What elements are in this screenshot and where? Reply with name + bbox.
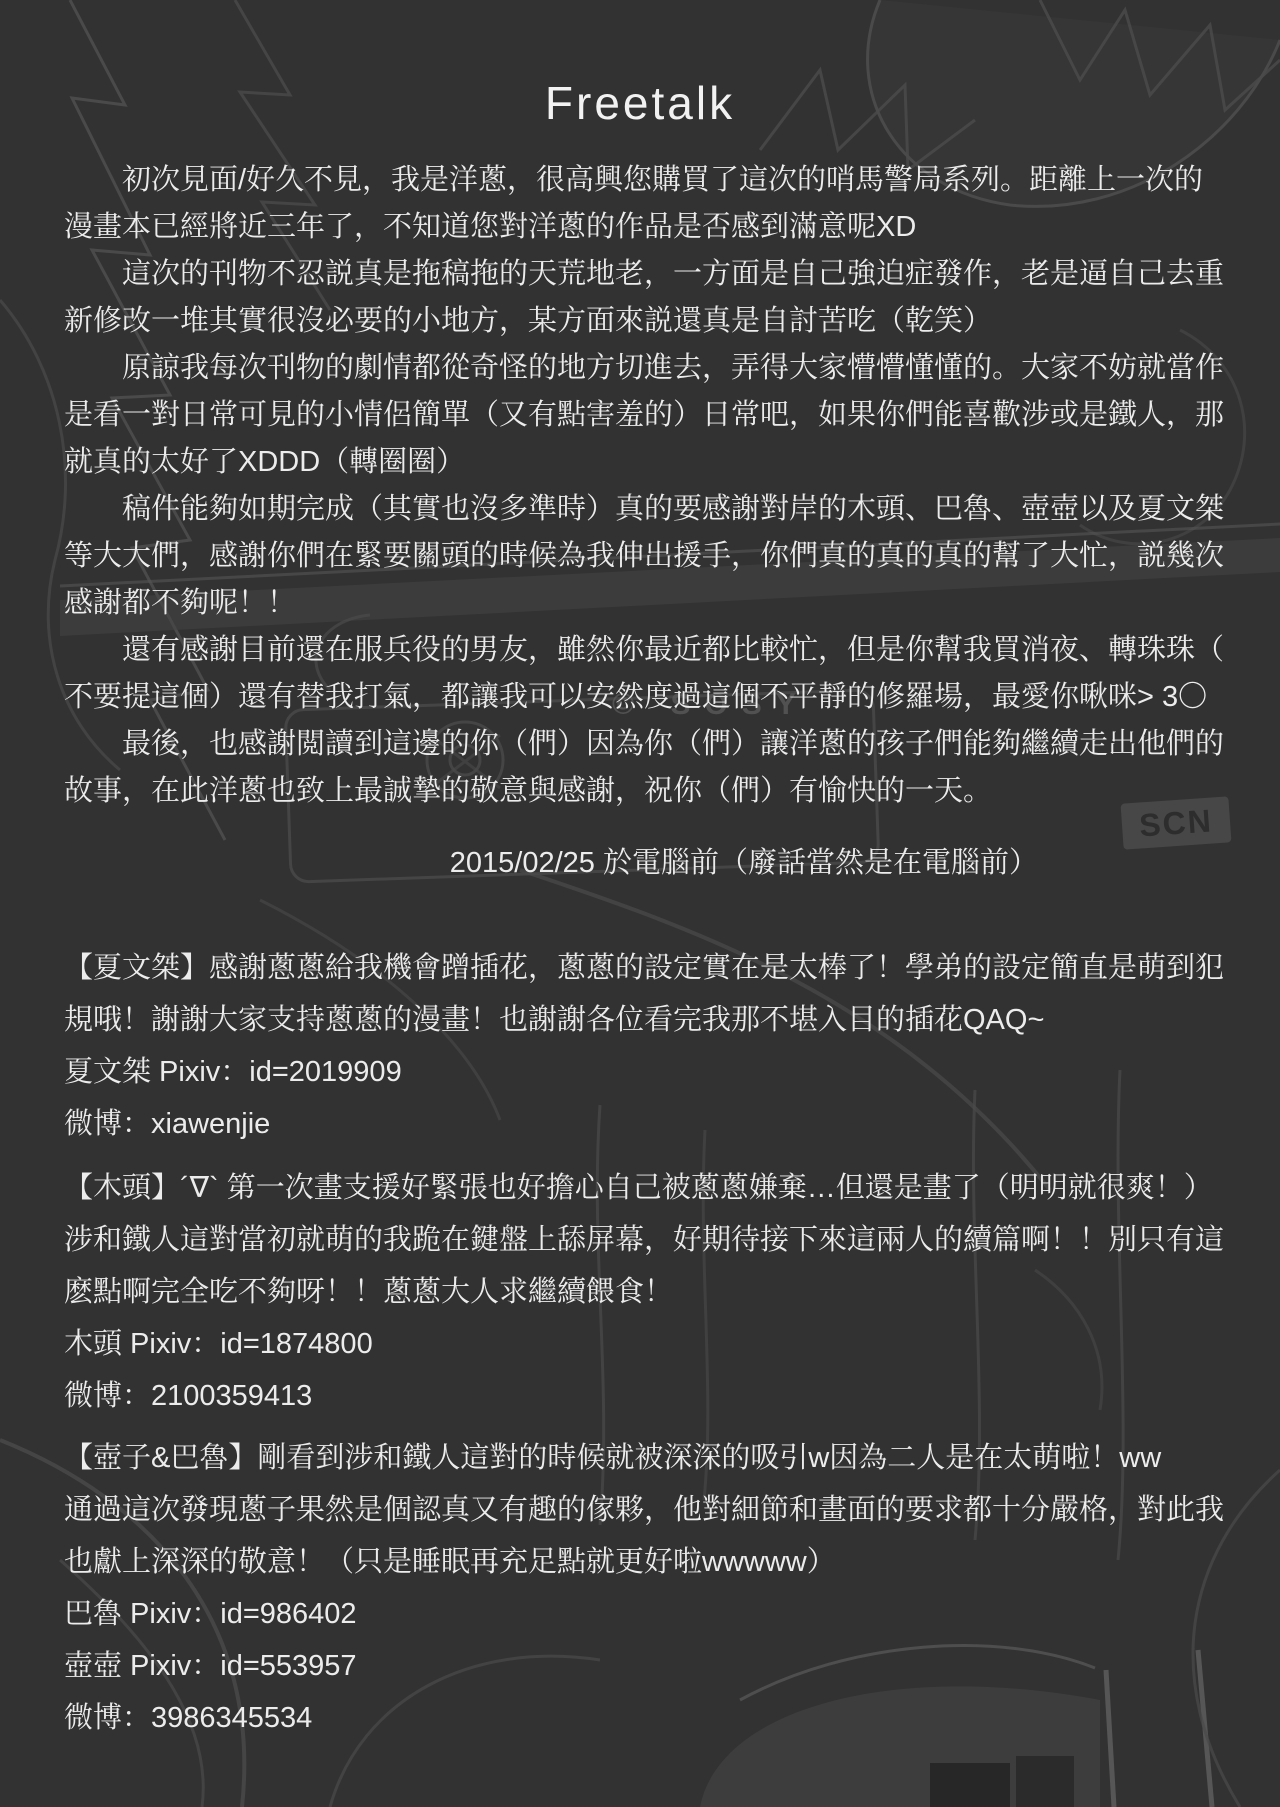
guest-pixiv-credit: 木頭 Pixiv：id=1874800: [64, 1318, 1220, 1370]
guest-comment-line: 【木頭】´∇` 第一次畫支援好緊張也好擔心自己被蔥蔥嫌棄…但還是畫了（明明就很爽…: [64, 1162, 1220, 1214]
guest-comment-line: 規哦！謝謝大家支持蔥蔥的漫畫！也謝謝各位看完我那不堪入目的插花QAQ~: [64, 994, 1220, 1046]
page-title: Freetalk: [0, 76, 1280, 130]
guest-comment-line: 麽點啊完全吃不夠呀！！蔥蔥大人求繼續餵食！: [64, 1266, 1220, 1318]
guest-weibo-credit: 微博：2100359413: [64, 1370, 1220, 1422]
guest-comment-line: 涉和鐵人這對當初就萌的我跪在鍵盤上舔屏幕，好期待接下來這兩人的續篇啊！！別只有這: [64, 1214, 1220, 1266]
freetalk-line: 等大大們，感謝你們在緊要關頭的時候為我伸出援手，你們真的真的真的幫了大忙，説幾次: [64, 533, 1220, 580]
guest-section-xiawenjie: 【夏文桀】感謝蔥蔥給我機會蹭插花，蔥蔥的設定實在是太棒了！學弟的設定簡直是萌到犯…: [64, 942, 1220, 1150]
freetalk-line: 稿件能夠如期完成（其實也沒多準時）真的要感謝對岸的木頭、巴魯、壺壺以及夏文桀: [64, 486, 1220, 533]
freetalk-body: 初次見面/好久不見，我是洋蔥，很高興您購買了這次的哨馬警局系列。距離上一次的 漫…: [64, 157, 1220, 815]
freetalk-line: 感謝都不夠呢！！: [64, 580, 1220, 627]
guest-comment-line: 【壺子&巴魯】剛看到涉和鐵人這對的時候就被深深的吸引w因為二人是在太萌啦！ww: [64, 1432, 1220, 1484]
guest-comment-line: 也獻上深深的敬意！（只是睡眠再充足點就更好啦wwwww）: [64, 1536, 1220, 1588]
guest-section-huzi-balu: 【壺子&巴魯】剛看到涉和鐵人這對的時候就被深深的吸引w因為二人是在太萌啦！ww …: [64, 1432, 1220, 1744]
guest-pixiv-credit: 巴魯 Pixiv：id=986402: [64, 1588, 1220, 1640]
guest-comment-line: 【夏文桀】感謝蔥蔥給我機會蹭插花，蔥蔥的設定實在是太棒了！學弟的設定簡直是萌到犯: [64, 942, 1220, 994]
guest-comment-line: 通過這次發現蔥子果然是個認真又有趣的傢夥，他對細節和畫面的要求都十分嚴格，對此我: [64, 1484, 1220, 1536]
freetalk-line: 新修改一堆其實很沒必要的小地方，某方面來説還真是自討苦吃（乾笑）: [64, 298, 1220, 345]
guest-section-mutou: 【木頭】´∇` 第一次畫支援好緊張也好擔心自己被蔥蔥嫌棄…但還是畫了（明明就很爽…: [64, 1162, 1220, 1422]
freetalk-line: 不要提這個）還有替我打氣，都讓我可以安然度過這個不平靜的修羅場，最愛你啾咪> 3…: [64, 674, 1220, 721]
freetalk-line: 故事，在此洋蔥也致上最誠摯的敬意與感謝，祝你（們）有愉快的一天。: [64, 768, 1220, 815]
freetalk-line: 是看一對日常可見的小情侶簡單（又有點害羞的）日常吧，如果你們能喜歡涉或是鐵人，那: [64, 392, 1220, 439]
freetalk-line: 原諒我每次刊物的劇情都從奇怪的地方切進去，弄得大家懵懵懂懂的。大家不妨就當作: [64, 345, 1220, 392]
guest-weibo-credit: 微博：3986345534: [64, 1692, 1220, 1744]
freetalk-line: 就真的太好了XDDD（轉圈圈）: [64, 439, 1220, 486]
guest-weibo-credit: 微博：xiawenjie: [64, 1098, 1220, 1150]
guest-pixiv-credit: 夏文桀 Pixiv：id=2019909: [64, 1046, 1220, 1098]
date-signature: 2015/02/25 於電腦前（廢話當然是在電腦前）: [0, 840, 1280, 881]
freetalk-line: 這次的刊物不忍説真是拖稿拖的天荒地老，一方面是自己強迫症發作，老是逼自己去重: [64, 251, 1220, 298]
guest-pixiv-credit: 壺壺 Pixiv：id=553957: [64, 1640, 1220, 1692]
freetalk-line: 最後，也感謝閲讀到這邊的你（們）因為你（們）讓洋蔥的孩子們能夠繼續走出他們的: [64, 721, 1220, 768]
freetalk-page: © SOSY SCN Freetalk 初次見面/好久不見，我是洋蔥，很高興您購…: [0, 0, 1280, 1807]
freetalk-line: 初次見面/好久不見，我是洋蔥，很高興您購買了這次的哨馬警局系列。距離上一次的: [64, 157, 1220, 204]
freetalk-line: 還有感謝目前還在服兵役的男友，雖然你最近都比較忙，但是你幫我買消夜、轉珠珠（: [64, 627, 1220, 674]
freetalk-line: 漫畫本已經將近三年了，不知道您對洋蔥的作品是否感到滿意呢XD: [64, 204, 1220, 251]
